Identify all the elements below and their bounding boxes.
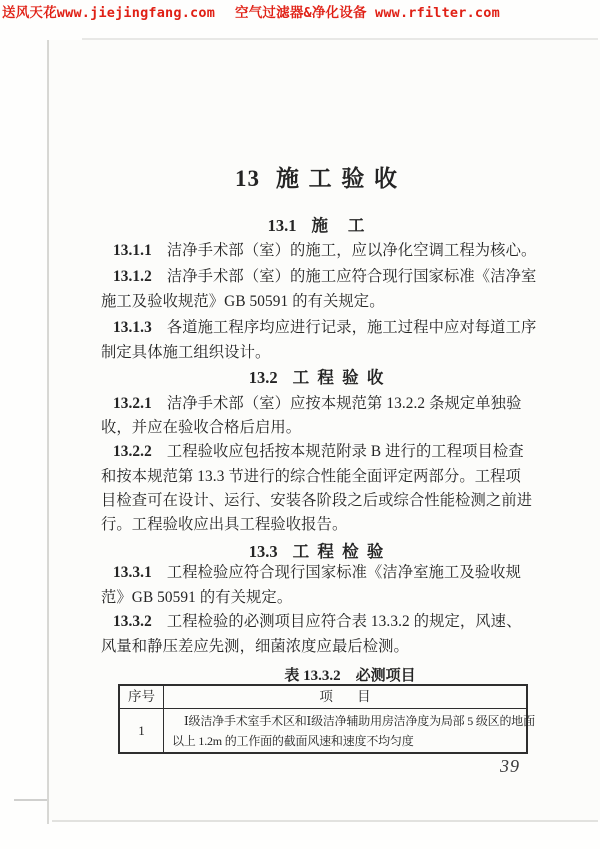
clause-13-1-3-line: 13.1.3各道施工程序均应进行记录，施工过程中应对每道工序: [101, 315, 535, 341]
clause-13-2-1-number: 13.2.1: [113, 395, 152, 412]
section-13-3-title: 工程检验: [293, 542, 392, 561]
scan-edge-bottom: [52, 820, 598, 822]
clause-13-1-1-number: 13.1.1: [113, 242, 152, 259]
section-13-3-body: 13.3.1工程检验应符合现行国家标准《洁净室施工及验收规 范》GB 50591…: [101, 561, 535, 659]
clause-13-1-3-line: 制定具体施工组织设计。: [101, 340, 535, 366]
header-left-text: 送风天花www.jiejingfang.com: [2, 1, 215, 21]
page-number: 39: [500, 756, 540, 778]
clause-13-1-3-number: 13.1.3: [113, 319, 152, 336]
clause-13-2-1-line: 收，并应在验收合格后启用。: [101, 416, 535, 440]
clause-13-2-2-number: 13.2.2: [113, 443, 152, 460]
clause-13-1-2-text: 洁净手术部（室）的施工应符合现行国家标准《洁净室: [167, 268, 537, 285]
scan-edge-top: [82, 38, 598, 40]
clause-13-1-3-text: 各道施工程序均应进行记录，施工过程中应对每道工序: [167, 319, 537, 336]
clause-13-2-2-text: 工程验收应包括按本规范附录 B 进行的工程项目检查: [167, 443, 524, 460]
table-header-row: 序号 项 目: [120, 686, 526, 709]
clause-13-2-2-line: 行。工程验收应出具工程验收报告。: [101, 513, 535, 537]
section-heading-13-3: 13.3工程检验: [101, 538, 531, 558]
table-row: 1 Ⅰ级洁净手术室手术区和Ⅰ级洁净辅助用房洁净度为局部 5 级区的地面 以上 1…: [120, 709, 526, 752]
table-caption: 表 13.3.2 必测项目: [135, 664, 565, 682]
section-heading-13-1: 13.1施工: [101, 212, 531, 232]
clause-13-2-1-text: 洁净手术部（室）应按本规范第 13.2.2 条规定单独验: [167, 395, 522, 412]
section-13-2-title: 工程验收: [293, 368, 392, 387]
clause-13-1-1-line: 13.1.1洁净手术部（室）的施工，应以净化空调工程为核心。: [101, 238, 535, 264]
section-13-1-number: 13.1: [268, 216, 297, 235]
table-row-item-line: 以上 1.2m 的工作面的截面风速和速度不均匀度: [172, 732, 535, 752]
clause-13-2-2-line: 13.2.2工程验收应包括按本规范附录 B 进行的工程项目检查: [101, 440, 535, 464]
clause-13-3-1-text: 工程检验应符合现行国家标准《洁净室施工及验收规: [167, 564, 521, 581]
section-13-1-title: 施工: [312, 216, 385, 235]
clause-13-1-2-number: 13.1.2: [113, 268, 152, 285]
clause-13-3-2-text: 工程检验的必测项目应符合表 13.3.2 的规定，风速、: [167, 613, 522, 630]
clause-13-3-2-number: 13.3.2: [113, 613, 152, 630]
clause-13-3-1-line: 13.3.1工程检验应符合现行国家标准《洁净室施工及验收规: [101, 561, 535, 586]
section-heading-13-2: 13.2工程验收: [101, 364, 531, 384]
required-test-items-table: 序号 项 目 1 Ⅰ级洁净手术室手术区和Ⅰ级洁净辅助用房洁净度为局部 5 级区的…: [118, 684, 528, 754]
clause-13-3-2-line: 13.3.2工程检验的必测项目应符合表 13.3.2 的规定，风速、: [101, 610, 535, 635]
scan-edge-left: [47, 40, 49, 824]
table-row-number: 1: [120, 709, 164, 752]
clause-13-2-1-line: 13.2.1洁净手术部（室）应按本规范第 13.2.2 条规定单独验: [101, 392, 535, 416]
header-right-text: 空气过滤器&净化设备 www.rfilter.com: [235, 1, 500, 21]
chapter-title-text: 施工验收: [276, 166, 407, 191]
clause-13-1-1-text: 洁净手术部（室）的施工，应以净化空调工程为核心。: [167, 242, 537, 259]
clause-13-2-2-line: 目检查可在设计、运行、安装各阶段之后或综合性能检测之前进: [101, 489, 535, 513]
section-13-1-body: 13.1.1洁净手术部（室）的施工，应以净化空调工程为核心。 13.1.2洁净手…: [101, 238, 535, 366]
clause-13-2-2-line: 和按本规范第 13.3 节进行的综合性能全面评定两部分。工程项: [101, 465, 535, 489]
table-row-item-line: Ⅰ级洁净手术室手术区和Ⅰ级洁净辅助用房洁净度为局部 5 级区的地面: [172, 712, 535, 732]
clause-13-3-1-number: 13.3.1: [113, 564, 152, 581]
chapter-number: 13: [235, 166, 260, 191]
scan-edge-tick: [14, 799, 47, 801]
table-header-item: 项 目: [164, 686, 531, 708]
clause-13-1-2-line: 13.1.2洁净手术部（室）的施工应符合现行国家标准《洁净室: [101, 264, 535, 290]
table-header-no: 序号: [120, 686, 164, 708]
site-header: 送风天花www.jiejingfang.com 空气过滤器&净化设备 www.r…: [2, 1, 598, 23]
section-13-2-body: 13.2.1洁净手术部（室）应按本规范第 13.2.2 条规定单独验 收，并应在…: [101, 392, 535, 537]
table-row-item: Ⅰ级洁净手术室手术区和Ⅰ级洁净辅助用房洁净度为局部 5 级区的地面 以上 1.2…: [164, 709, 539, 752]
section-13-3-number: 13.3: [249, 542, 278, 561]
clause-13-1-2-line: 施工及验收规范》GB 50591 的有关规定。: [101, 289, 535, 315]
chapter-title: 13施工验收: [101, 160, 531, 192]
clause-13-3-1-line: 范》GB 50591 的有关规定。: [101, 586, 535, 611]
clause-13-3-2-line: 风量和静压差应先测，细菌浓度应最后检测。: [101, 635, 535, 660]
section-13-2-number: 13.2: [249, 368, 278, 387]
